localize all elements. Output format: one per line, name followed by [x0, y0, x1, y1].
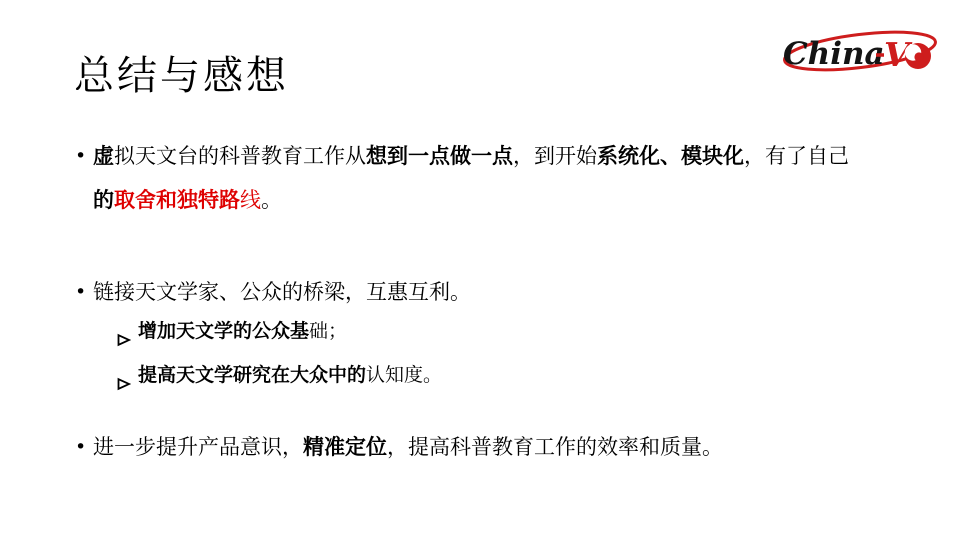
text-run-red: 取舍和独特路	[114, 188, 240, 212]
bullet-item-1: • 虚拟天文台的科普教育工作从想到一点做一点，到开始系统化、模块化，有了自己 的…	[75, 134, 920, 222]
text-run: 精准定位	[303, 435, 387, 459]
bullet-1-line-2: 的取舍和独特路线。	[93, 178, 849, 222]
text-run: 的	[93, 188, 114, 212]
slide: 总结与感想 China V • 虚拟天文台的科普教育工作从想到一点做一点，到开始…	[0, 0, 960, 540]
bullet-3-text: 进一步提升产品意识，精准定位，提高科普教育工作的效率和质量。	[93, 425, 723, 469]
text-run-red: 线	[240, 188, 261, 212]
sub-bullet-1-text: 增加天文学的公众基础；	[138, 314, 347, 348]
text-run: 链接天文学家、公众的桥梁，互惠互利。	[93, 280, 471, 304]
bullet-item-3: • 进一步提升产品意识，精准定位，提高科普教育工作的效率和质量。	[75, 425, 935, 469]
sub-bullet-list: 增加天文学的公众基础； 提高天文学研究在大众中的认知度。	[117, 314, 817, 402]
bullet-dot-icon: •	[75, 270, 93, 314]
text-run: 虚	[93, 144, 114, 168]
text-run: 提高天文学研究在大众中的	[138, 364, 366, 386]
text-run: 增加天文学的公众基	[138, 320, 309, 342]
text-run: 础；	[309, 320, 347, 342]
text-run: 拟天文台的科普教育工作从	[114, 144, 366, 168]
text-run: 系统化、模块化	[597, 144, 744, 168]
chinavo-logo-graphic: China V	[778, 22, 940, 76]
sub-bullet-2-text: 提高天文学研究在大众中的认知度。	[138, 358, 442, 392]
bullet-1-text: 虚拟天文台的科普教育工作从想到一点做一点，到开始系统化、模块化，有了自己 的取舍…	[93, 134, 849, 222]
page-title: 总结与感想	[74, 52, 289, 100]
sub-bullet-item-1: 增加天文学的公众基础；	[117, 314, 817, 358]
arrowhead-marker-icon	[117, 358, 138, 402]
text-run: 想到一点做一点	[366, 144, 513, 168]
text-run: 认知度。	[366, 364, 442, 386]
bullet-1-line-1: 虚拟天文台的科普教育工作从想到一点做一点，到开始系统化、模块化，有了自己	[93, 134, 849, 178]
text-run: 进一步提升产品意识，	[93, 435, 303, 459]
bullet-dot-icon: •	[75, 425, 93, 469]
bullet-dot-icon: •	[75, 134, 93, 178]
sub-bullet-item-2: 提高天文学研究在大众中的认知度。	[117, 358, 817, 402]
text-run: ，提高科普教育工作的效率和质量。	[387, 435, 723, 459]
text-run: ，有了自己	[744, 144, 849, 168]
logo-text-china: China	[783, 36, 885, 72]
text-run: 。	[261, 188, 282, 212]
bullet-2-text: 链接天文学家、公众的桥梁，互惠互利。	[93, 270, 471, 314]
arrowhead-marker-icon	[117, 314, 138, 358]
logo-o-eclipse-icon	[905, 43, 931, 69]
bullet-item-2: • 链接天文学家、公众的桥梁，互惠互利。	[75, 270, 920, 314]
chinavo-logo: China V	[778, 22, 940, 76]
text-run: ，到开始	[513, 144, 597, 168]
